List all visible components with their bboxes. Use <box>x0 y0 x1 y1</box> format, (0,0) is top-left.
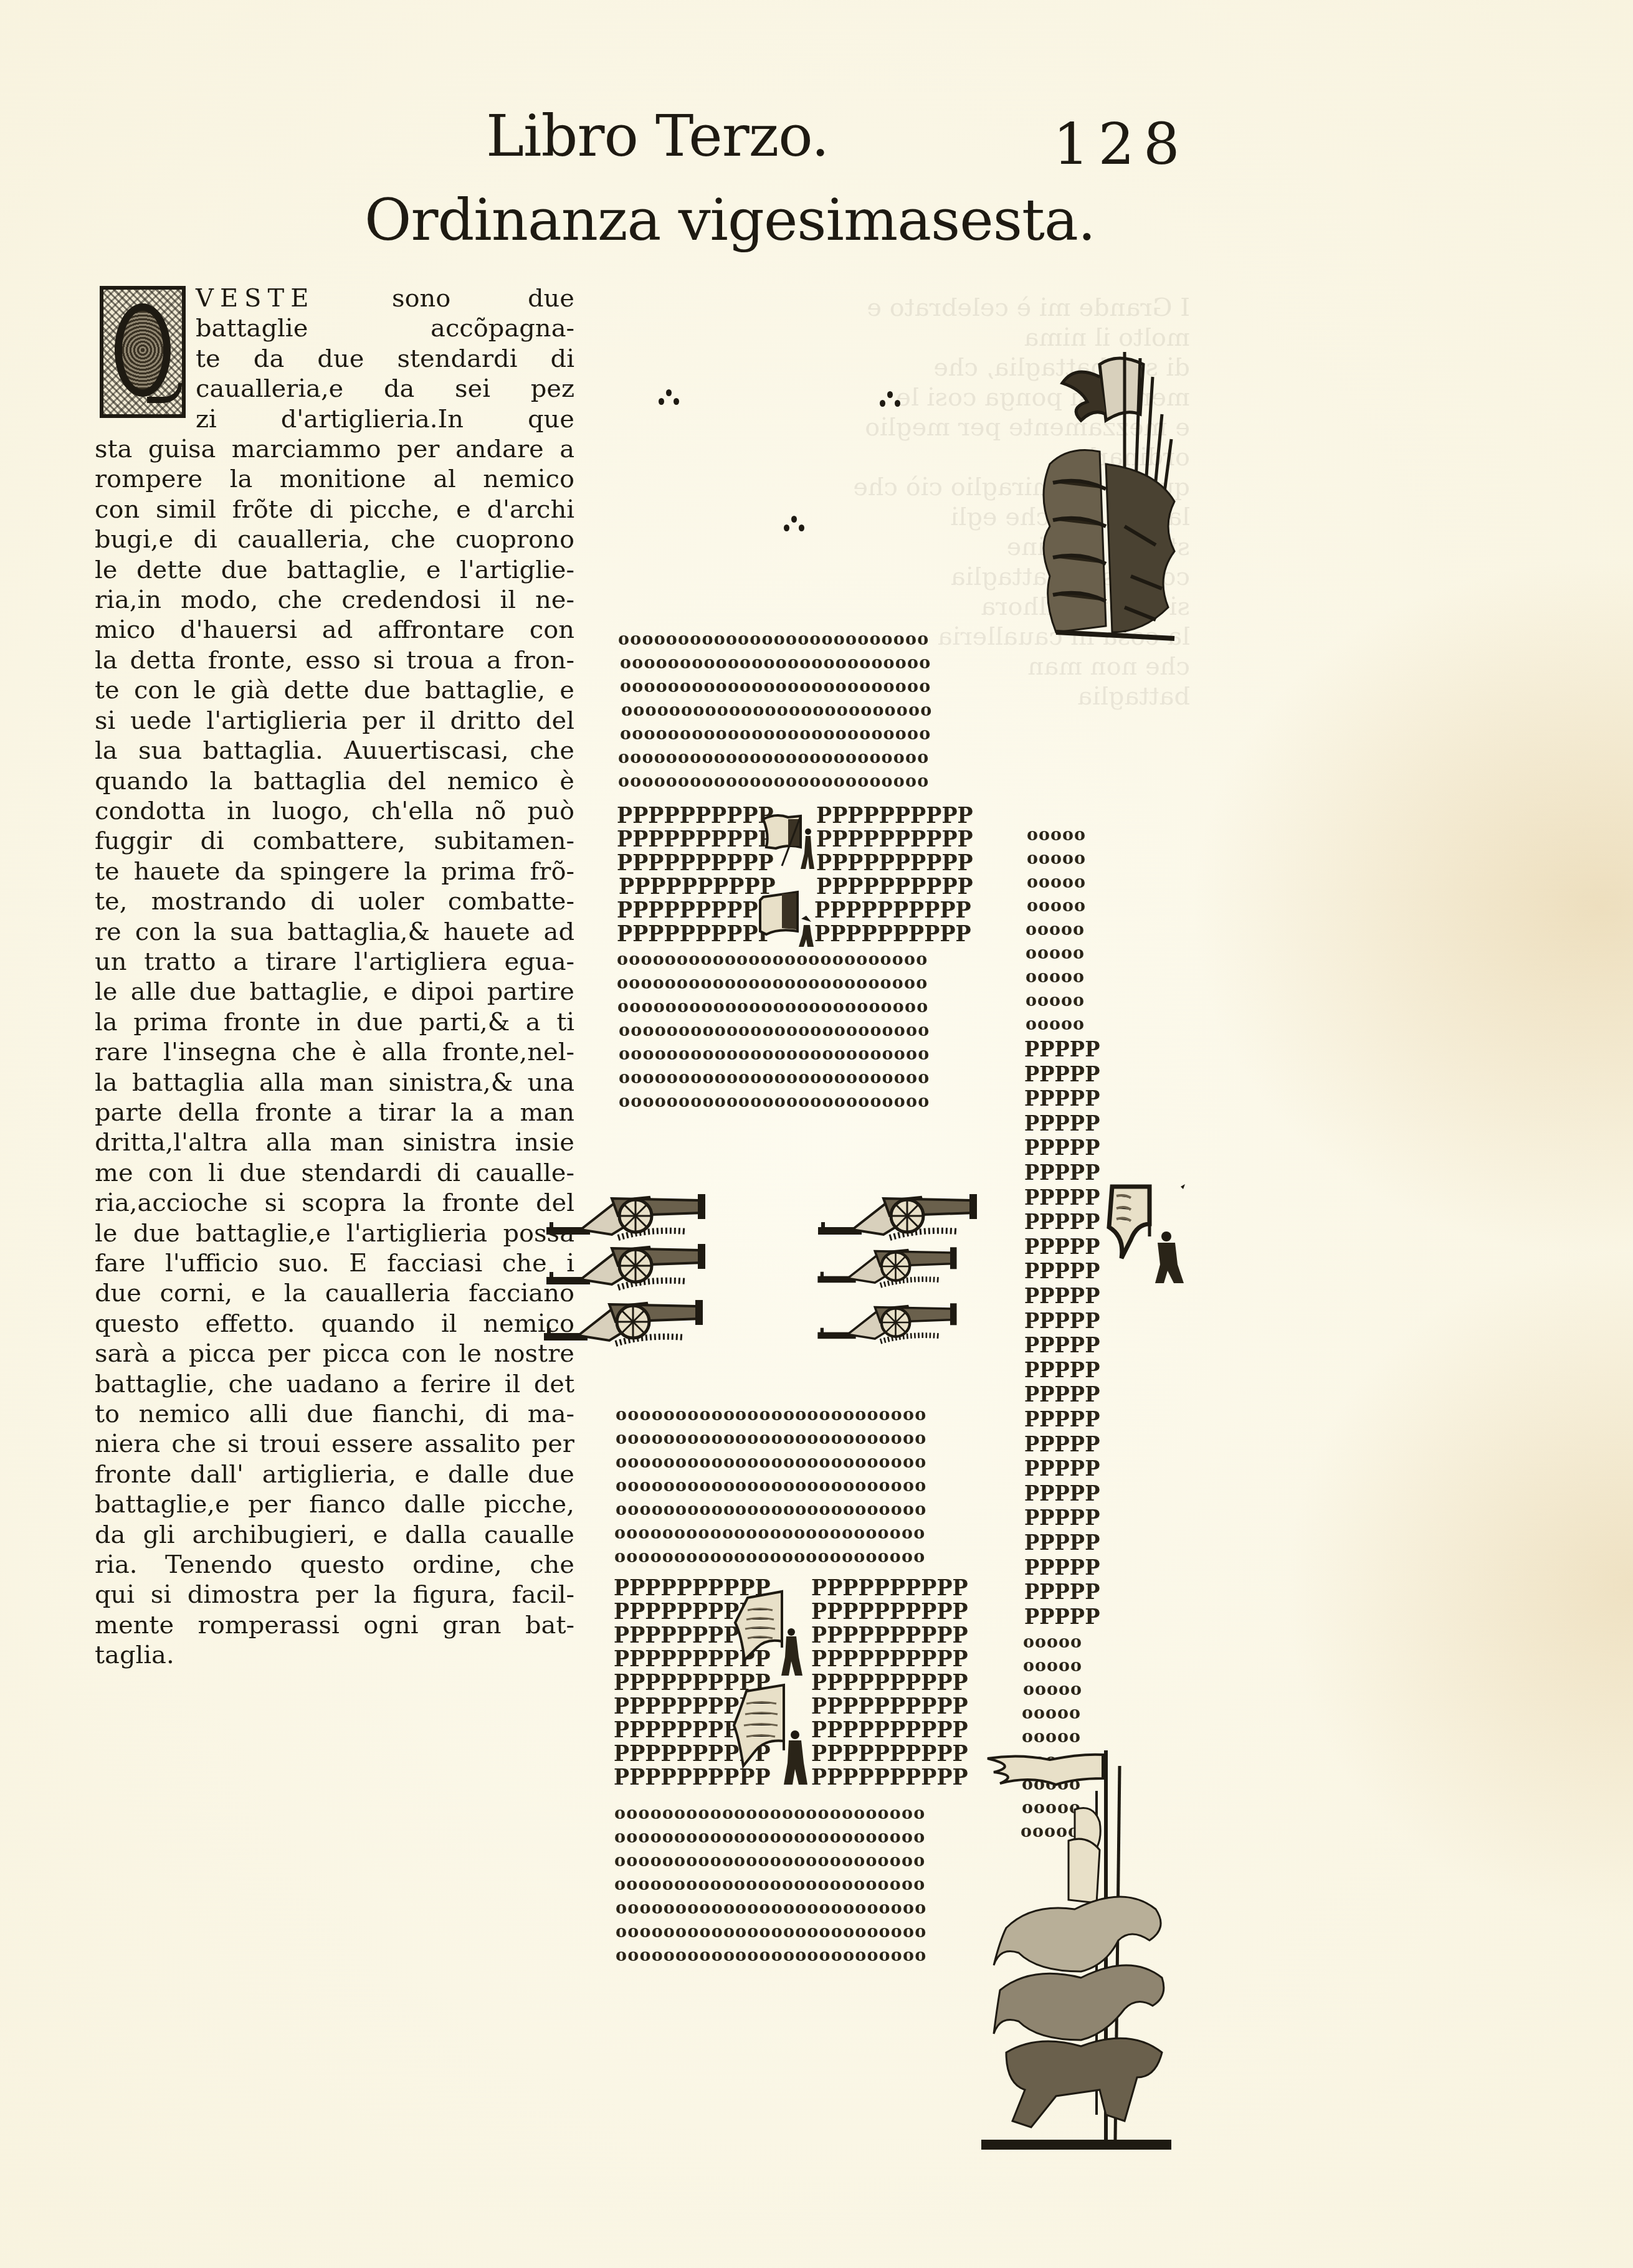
arquebusier-row: oooooooooooooooooooooooooo <box>621 699 932 723</box>
arquebusier-row: oooooooooooooooooooooooooo <box>614 1522 925 1545</box>
pike-row: PPPPP <box>1024 1433 1100 1458</box>
text-line: la prima fronte in due parti,& a ti <box>95 1007 574 1037</box>
pike-row: PPPPP <box>1024 1359 1100 1383</box>
text-line: fare l'ufficio suo. E facciasi che i <box>95 1248 574 1278</box>
ensign-flag-bearer-icon <box>1103 1180 1190 1293</box>
pike-row: PPPPPPPPPP <box>617 804 774 827</box>
arquebusier-row: ooooo <box>1027 871 1086 894</box>
dot-marker <box>659 389 680 406</box>
text-line: sta guisa marciammo per andare a <box>95 434 574 464</box>
cavalry-horseman-icon <box>981 1741 1174 2165</box>
pike-row: PPPPP <box>1024 1482 1100 1507</box>
text-line: battaglie, che uadano a ferire il det <box>95 1369 574 1399</box>
pike-row: PPPPP <box>1024 1309 1100 1334</box>
text-line: da gli archibugieri, e dalla caualle <box>95 1520 574 1550</box>
arquebusier-row: oooooooooooooooooooooooooo <box>617 972 928 995</box>
arquebusier-row: ooooo <box>1026 942 1085 966</box>
pike-row: PPPPP <box>1024 1161 1100 1186</box>
pike-row: PPPPP <box>1024 1531 1100 1556</box>
arquebusier-row: ooooo <box>1027 894 1086 918</box>
arquebusier-row: oooooooooooooooooooooooooo <box>614 1849 925 1873</box>
arquebusier-row: oooooooooooooooooooooooooo <box>616 1427 926 1451</box>
drop-cap-tail <box>147 383 182 403</box>
pike-row: PPPPP <box>1024 1506 1100 1531</box>
pike-row: PPPPPPPPPP <box>811 1576 968 1600</box>
text-line: quando la battaglia del nemico è <box>95 766 574 796</box>
pike-row: PPPPPPPPPP <box>811 1765 968 1789</box>
cannon-icon <box>541 1297 740 1356</box>
text-line: parte della fronte a tirar la a man <box>95 1098 574 1127</box>
text-line: mente romperassi ogni gran bat- <box>95 1610 574 1640</box>
arquebusier-row: oooooooooooooooooooooooooo <box>619 1043 930 1066</box>
arquebusier-row: oooooooooooooooooooooooooo <box>618 746 929 770</box>
text-line: la battaglia alla man sinistra,& una <box>95 1068 574 1098</box>
pike-row: PPPPPPPPPP <box>816 827 973 851</box>
pike-row: PPPPP <box>1024 1186 1100 1211</box>
text-line: fuggir di combattere, subitamen- <box>95 826 574 856</box>
pike-row: PPPPP <box>1024 1235 1100 1260</box>
dot-marker <box>784 516 805 532</box>
pike-row: PPPPPPPPPP <box>816 875 973 898</box>
text-line: fronte dall' artiglieria, e dalle due <box>95 1459 574 1489</box>
arquebusier-row: oooooooooooooooooooooooooo <box>618 770 929 794</box>
pike-row: PPPPP <box>1024 1605 1100 1630</box>
drop-cap-ornament: Q <box>100 286 186 418</box>
arquebusier-row: oooooooooooooooooooooooooo <box>617 995 928 1019</box>
arquebusier-row: oooooooooooooooooooooooooo <box>620 652 931 675</box>
dot-marker <box>880 391 901 407</box>
pike-row: PPPPPPPPPP <box>816 804 973 827</box>
pike-row: PPPPP <box>1024 1334 1100 1359</box>
arquebusier-row: ooooo <box>1027 847 1086 871</box>
text-line: te, mostrando di uoler combatte- <box>95 886 574 916</box>
body-text: Q VESTE sono due battaglie accõpagna- te… <box>95 283 574 1671</box>
chapter-title: Ordinanza vigesimasesta. <box>364 187 1095 254</box>
pike-row: PPPPP <box>1024 1087 1100 1112</box>
pike-row: PPPPP <box>1024 1038 1100 1063</box>
arquebusier-row: oooooooooooooooooooooooooo <box>616 1944 926 1968</box>
pike-row: PPPPPPPPPP <box>814 922 971 946</box>
pike-row: PPPPP <box>1024 1408 1100 1433</box>
arquebusier-row: ooooo <box>1023 1678 1082 1702</box>
pike-row: PPPPP <box>1024 1556 1100 1581</box>
pike-row: PPPPP <box>1024 1580 1100 1605</box>
text-line: mico d'hauersi ad affrontare con <box>95 615 574 645</box>
cannon-icon <box>815 1241 989 1300</box>
cannon-icon <box>543 1241 743 1300</box>
text-line: niera che si troui essere assalito per <box>95 1429 574 1459</box>
pike-row: PPPPPPPPPP <box>811 1694 968 1718</box>
pike-row: PPPPPPPPPP <box>617 827 774 851</box>
text-line: ria,in modo, che credendosi il ne- <box>95 585 574 615</box>
arquebusier-row: ooooo <box>1026 918 1085 942</box>
pike-row: PPPPPPPPPP <box>814 898 971 922</box>
pike-row: PPPPPPPPPP <box>617 851 774 875</box>
text-line: me con li due stendardi di caualle- <box>95 1158 574 1188</box>
pike-row: PPPPPPPPPP <box>811 1623 968 1647</box>
text-line: le dette due battaglie, e l'artiglie- <box>95 555 574 585</box>
text-line: sarà a picca per picca con le nostre <box>95 1339 574 1369</box>
text-line: si uede l'artiglieria per il dritto del <box>95 706 574 736</box>
arquebusier-row: ooooo <box>1023 1654 1082 1678</box>
arquebusier-row: oooooooooooooooooooooooooo <box>614 1802 925 1826</box>
pike-row: PPPPP <box>1024 1063 1100 1088</box>
pike-row: PPPPPPPPPP <box>811 1647 968 1671</box>
arquebusier-row: oooooooooooooooooooooooooo <box>616 1451 926 1474</box>
pike-row: PPPPP <box>1024 1210 1100 1235</box>
arquebusier-row: oooooooooooooooooooooooooo <box>619 1090 930 1114</box>
arquebusier-row: oooooooooooooooooooooooooo <box>619 1066 930 1090</box>
arquebusier-row: oooooooooooooooooooooooooo <box>616 1403 926 1427</box>
arquebusier-row: ooooo <box>1026 1013 1085 1037</box>
pike-row: PPPPPPPPPP <box>617 922 774 946</box>
ensign-flag-bearer-icon <box>754 885 819 950</box>
text-line: la sua battaglia. Auuertiscasi, che <box>95 736 574 766</box>
arquebusier-row: ooooo <box>1027 823 1086 847</box>
text-line: rompere la monitione al nemico <box>95 464 574 494</box>
arquebusier-row: oooooooooooooooooooooooooo <box>614 1826 925 1849</box>
arquebusier-row: oooooooooooooooooooooooooo <box>618 628 929 652</box>
page-number: 128 <box>1053 111 1189 178</box>
text-line: qui si dimostra per la figura, facil- <box>95 1580 574 1610</box>
text-line: re con la sua battaglia,& hauete ad <box>95 917 574 947</box>
text-line: le due battaglie,e l'artiglieria possa <box>95 1218 574 1248</box>
ensign-flag-bearer-icon <box>728 1682 815 1788</box>
text-line: rare l'insegna che è alla fronte,nel- <box>95 1037 574 1067</box>
arquebusier-row: oooooooooooooooooooooooooo <box>616 1474 926 1498</box>
arquebusier-row: ooooo <box>1023 1631 1082 1654</box>
text-line: te hauete da spingere la prima frõ- <box>95 856 574 886</box>
running-head: Libro Terzo. <box>486 103 829 169</box>
text-line: dritta,l'altra alla man sinistra insie <box>95 1127 574 1157</box>
pike-row: PPPPP <box>1024 1136 1100 1161</box>
text-line: la detta fronte, esso si troua a fron- <box>95 645 574 675</box>
pike-row: PPPPPPPPPP <box>811 1671 968 1694</box>
arquebusier-row: ooooo <box>1026 966 1085 989</box>
arquebusier-row: oooooooooooooooooooooooooo <box>614 1873 925 1897</box>
text-line: questo effetto. quando il nemico <box>95 1309 574 1339</box>
arquebusier-row: oooooooooooooooooooooooooo <box>614 1545 925 1569</box>
arquebusier-row: oooooooooooooooooooooooooo <box>620 723 931 746</box>
arquebusier-row: ooooo <box>1022 1702 1081 1725</box>
text-line: condotta in luogo, ch'ella nõ può <box>95 796 574 826</box>
cavalry-standard-icon <box>1031 339 1193 663</box>
arquebusier-row: oooooooooooooooooooooooooo <box>620 675 931 699</box>
text-line: le alle due battaglie, e dipoi partire <box>95 977 574 1007</box>
arquebusier-row: oooooooooooooooooooooooooo <box>619 1019 930 1043</box>
text-line: con simil frõte di picche, e d'archi <box>95 495 574 524</box>
text-line: bugi,e di caualleria, che cuoprono <box>95 524 574 554</box>
ensign-flag-bearer-icon <box>757 810 819 872</box>
pike-row: PPPPP <box>1024 1457 1100 1482</box>
pike-row: PPPPP <box>1024 1383 1100 1408</box>
text-line: battaglie,e per fianco dalle picche, <box>95 1489 574 1519</box>
pike-row: PPPPPPPPPP <box>811 1600 968 1623</box>
text-line: te con le già dette due battaglie, e <box>95 675 574 705</box>
text-line: taglia. <box>95 1640 574 1670</box>
text-line: ria. Tenendo questo ordine, che <box>95 1550 574 1580</box>
arquebusier-row: ooooo <box>1026 989 1085 1013</box>
pike-row: PPPPPPPPPP <box>619 875 776 898</box>
arquebusier-row: oooooooooooooooooooooooooo <box>616 1897 926 1920</box>
text-line: ria,accioche si scopra la fronte del <box>95 1188 574 1218</box>
pike-row: PPPPPPPPPP <box>811 1742 968 1765</box>
arquebusier-row: oooooooooooooooooooooooooo <box>617 948 928 972</box>
opening-word: VESTE <box>196 284 315 313</box>
text-line: un tratto a tirare l'artigliera egua- <box>95 947 574 977</box>
text-line: due corni, e la caualleria facciano <box>95 1278 574 1308</box>
arquebusier-row: oooooooooooooooooooooooooo <box>616 1920 926 1944</box>
pike-row: PPPPP <box>1024 1284 1100 1309</box>
text-line: to nemico alli due fianchi, di ma- <box>95 1399 574 1429</box>
arquebusier-row: oooooooooooooooooooooooooo <box>616 1498 926 1522</box>
pike-row: PPPPP <box>1024 1260 1100 1284</box>
pike-row: PPPPPPPPPP <box>617 898 774 922</box>
ensign-flag-bearer-icon <box>729 1585 816 1679</box>
pike-row: PPPPP <box>1024 1112 1100 1137</box>
pike-row: PPPPPPPPPP <box>816 851 973 875</box>
cannon-icon <box>815 1297 989 1356</box>
pike-row: PPPPPPPPPP <box>811 1718 968 1742</box>
